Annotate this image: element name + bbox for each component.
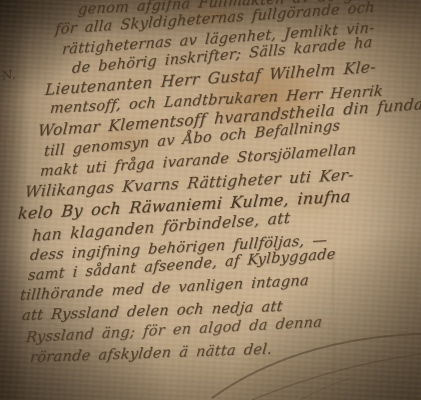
marginal-mark: N, xyxy=(1,67,17,83)
paper-crease xyxy=(333,252,334,400)
manuscript-photo: N, genom afgifna Fullmakten av de gen fö… xyxy=(0,0,421,400)
manuscript-line: rörande afskylden ä nätta del. xyxy=(29,342,273,367)
